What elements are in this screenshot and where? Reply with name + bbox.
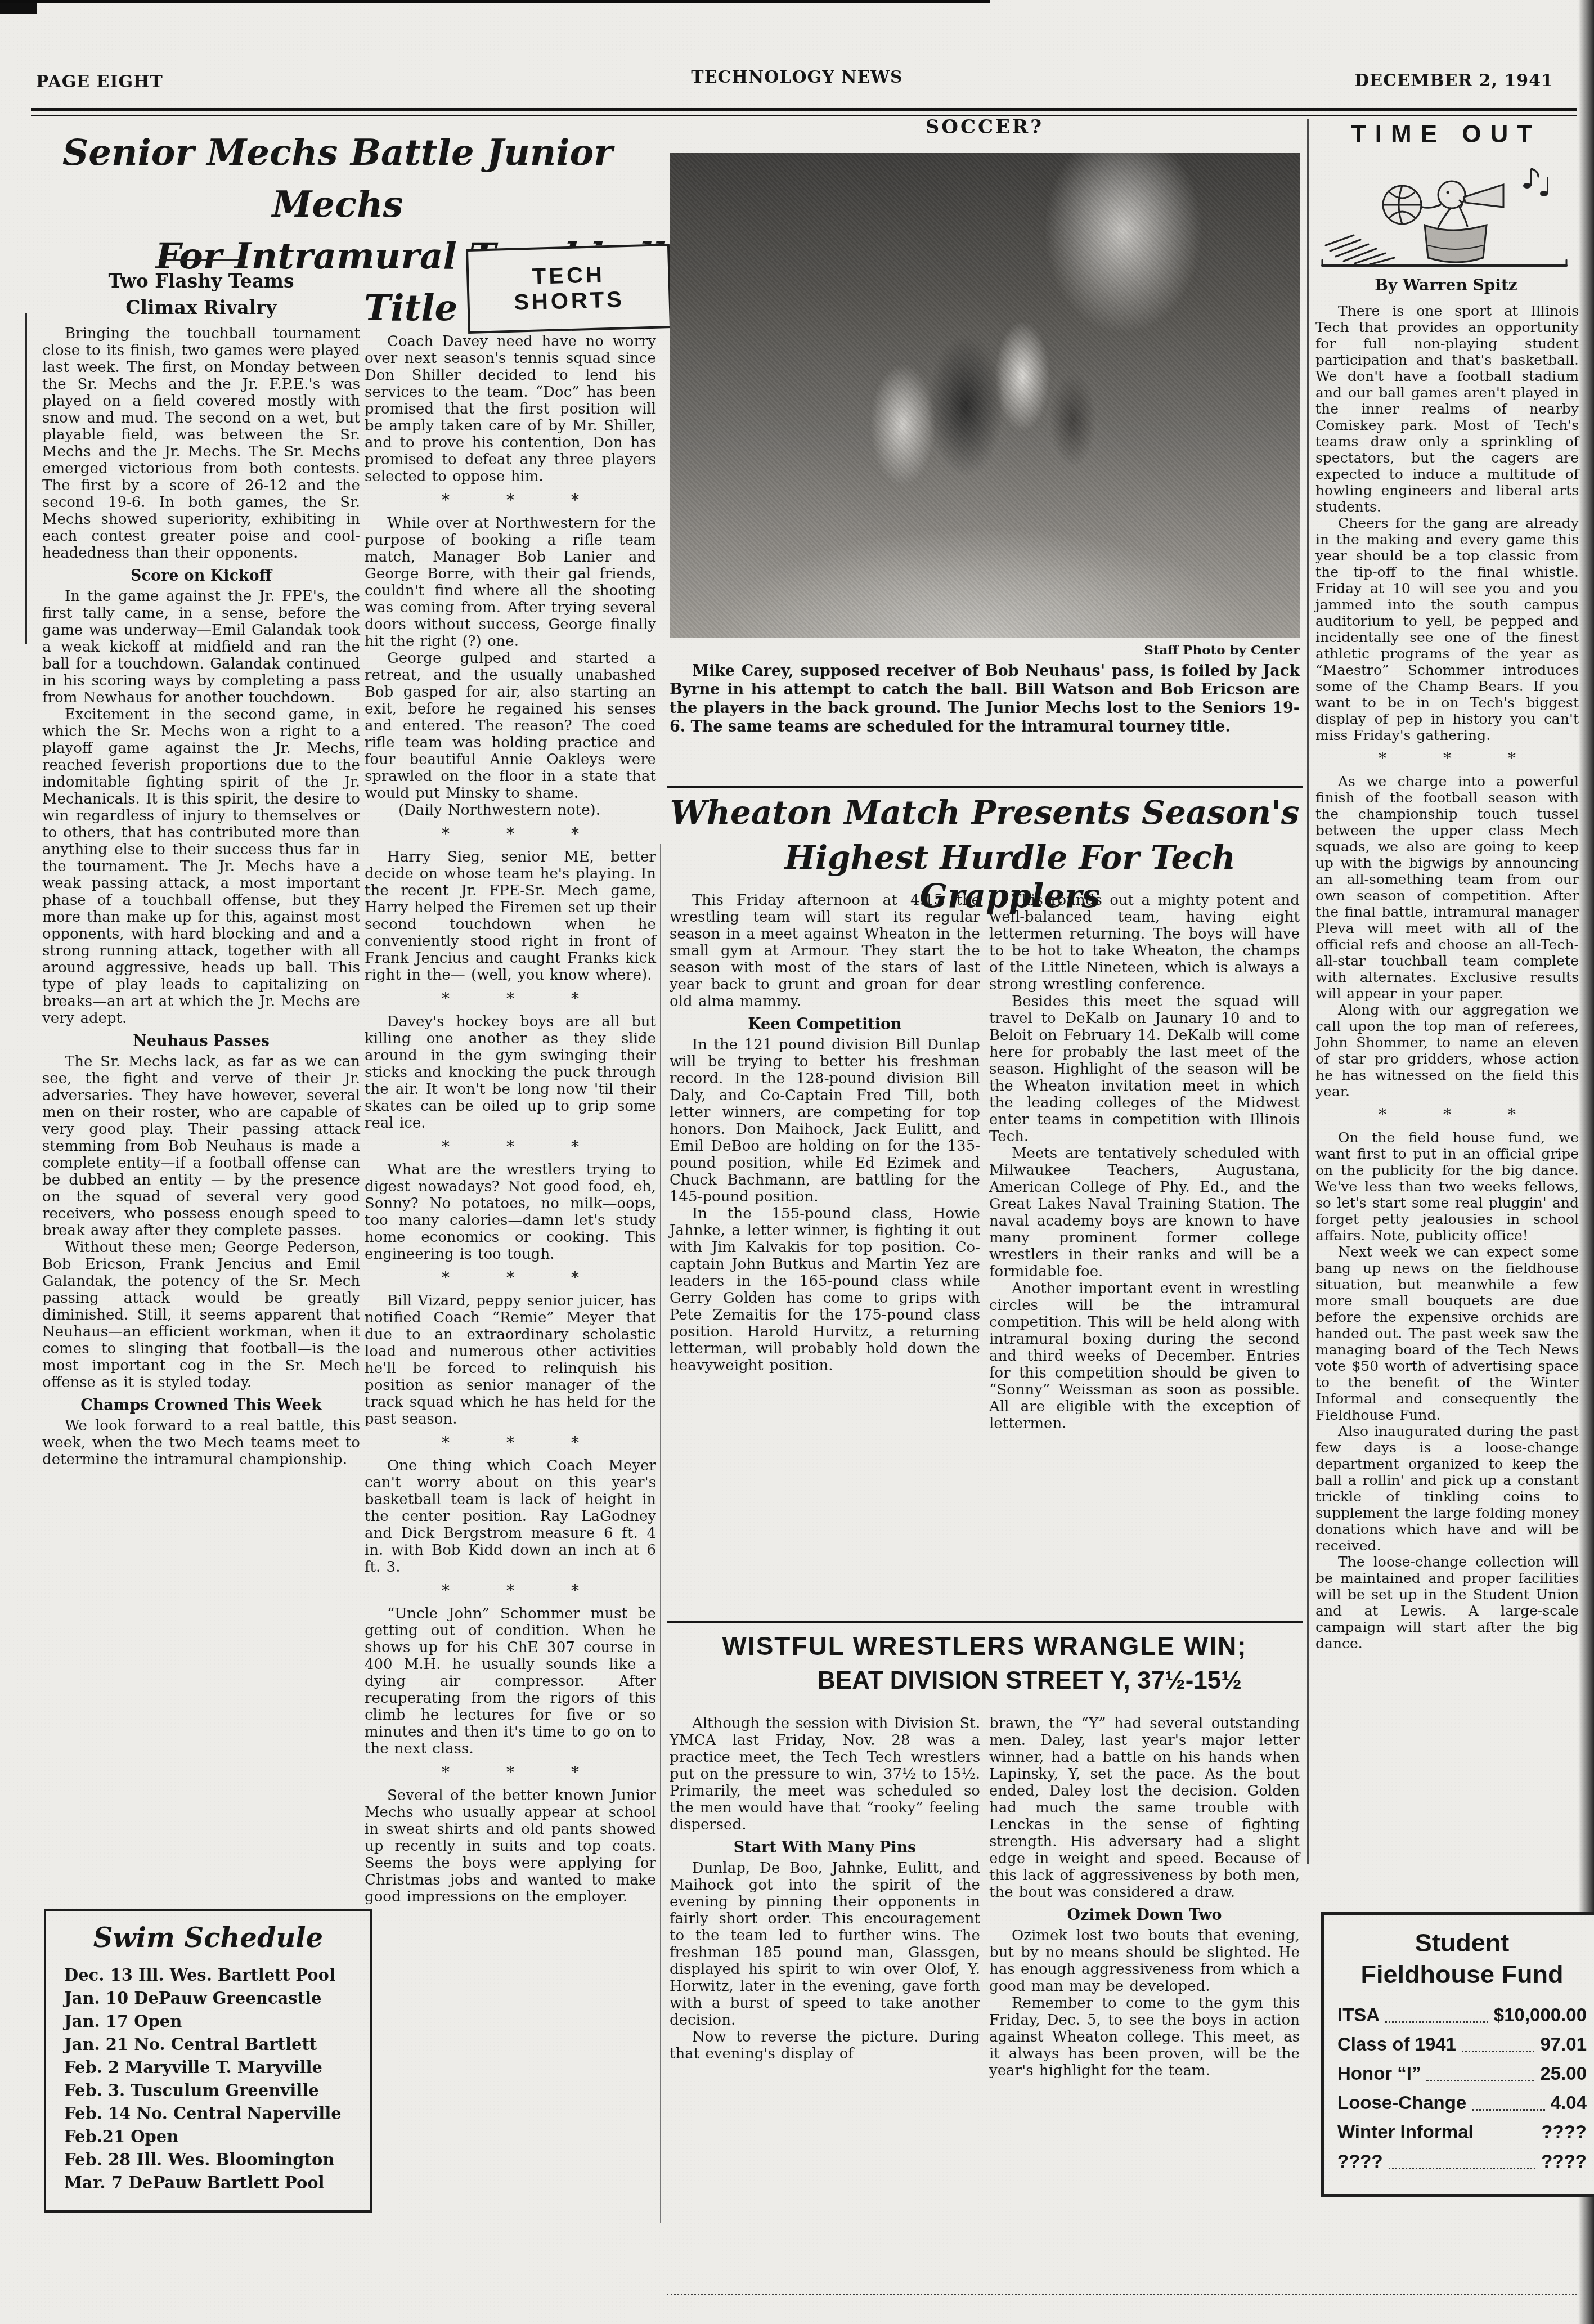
article-paragraph: We look forward to a real battle, this w… — [42, 1417, 360, 1468]
photo-caption: Mike Carey, supposed receiver of Bob Neu… — [670, 662, 1300, 736]
article-subhead: Keen Competition — [670, 1016, 980, 1033]
article-subhead: Score on Kickoff — [42, 567, 360, 585]
fund-row-value: 97.01 — [1540, 2030, 1587, 2059]
article-paragraph: Several of the better known Junior Mechs… — [365, 1787, 656, 1905]
schedule-row: Dec. 13 Ill. Wes. Bartlett Pool — [56, 1964, 360, 1987]
schedule-row: Feb. 14 No. Central Naperville — [56, 2102, 360, 2125]
main-headline-line1: Senior Mechs Battle Junior Mechs — [34, 127, 641, 231]
article-paragraph: George gulped and started a retreat, and… — [365, 650, 656, 802]
swim-schedule-title: Swim Schedule — [56, 1922, 360, 1954]
article-paragraph: Now to reverse the picture. During that … — [670, 2029, 980, 2062]
fund-row-value: ???? — [1541, 2147, 1587, 2176]
deck-line1: Two Flashy Teams — [42, 268, 360, 294]
basketball-icon — [1383, 186, 1421, 224]
fund-row-leader — [1462, 2051, 1534, 2052]
fund-row-label: ITSA — [1337, 2000, 1380, 2030]
article-paragraph: Without these men; George Pederson, Bob … — [42, 1239, 360, 1391]
article-paragraph: Harry Sieg, senior ME, better decide on … — [365, 849, 656, 984]
article-paragraph: The Sr. Mechs lack, as far as we can see… — [42, 1053, 360, 1239]
article-paragraph: In the game against the Jr. FPE's, the f… — [42, 588, 360, 706]
column-divider-rule — [660, 844, 661, 2223]
article-paragraph: “Uncle John” Schommer must be getting ou… — [365, 1605, 656, 1757]
fund-row-label: Winter Informal — [1337, 2117, 1474, 2147]
fund-row-label: Loose-Change — [1337, 2088, 1466, 2117]
time-out-title: TIME OUT — [1314, 120, 1578, 149]
fieldhouse-fund-box: Student Fieldhouse Fund ITSA$10,000.00Cl… — [1321, 1912, 1594, 2197]
stars-divider: * * * — [365, 1268, 656, 1287]
article-paragraph: Besides this meet the squad will travel … — [989, 993, 1300, 1145]
article-paragraph: brawn, the “Y” had several outstanding m… — [989, 1715, 1300, 1901]
tech-shorts-box: TECH SHORTS — [466, 244, 672, 334]
fund-row-label: ???? — [1337, 2147, 1383, 2176]
wheaton-column-left: This Friday afternoon at 4:15 the wrestl… — [670, 892, 980, 1374]
article-paragraph: As we charge into a powerful finish of t… — [1315, 773, 1579, 1002]
fund-row-leader — [1426, 2080, 1534, 2081]
article-paragraph: There is one sport at Illinois Tech that… — [1315, 303, 1579, 515]
wistful-column-left: Although the session with Division St. Y… — [670, 1715, 980, 2062]
article-paragraph: While over at Northwestern for the purpo… — [365, 515, 656, 650]
article-paragraph: Ozimek lost two bouts that evening, but … — [989, 1927, 1300, 1995]
column-divider-rule — [1307, 119, 1309, 1864]
stars-divider: * * * — [1315, 1105, 1579, 1124]
stars-divider: * * * — [365, 491, 656, 509]
drum-icon — [1425, 225, 1487, 262]
wheaton-headline-line1: Wheaton Match Presents Season's — [667, 793, 1303, 832]
fund-row-value: 25.00 — [1540, 2059, 1587, 2088]
article-paragraph: Meets are tentatively scheduled with Mil… — [989, 1145, 1300, 1280]
article-paragraph: Also inaugurated during the past few day… — [1315, 1423, 1579, 1554]
article-paragraph: Cheers for the gang are already in the m… — [1315, 515, 1579, 743]
fund-row: Class of 194197.01 — [1337, 2030, 1587, 2059]
stars-divider: * * * — [1315, 749, 1579, 768]
article-paragraph: The loose-change collection will be main… — [1315, 1554, 1579, 1652]
fund-row-value: 4.04 — [1551, 2088, 1587, 2117]
fund-row-label: Honor “I” — [1337, 2059, 1421, 2088]
fund-row: Honor “I”25.00 — [1337, 2059, 1587, 2088]
deck-headline: Two Flashy Teams Climax Rivalry — [42, 259, 360, 321]
schedule-row: Jan. 10 DePauw Greencastle — [56, 1987, 360, 2010]
article-paragraph: What are the wrestlers trying to digest … — [365, 1161, 656, 1263]
scan-artifact-topline — [0, 0, 990, 3]
schedule-row: Feb. 3. Tusculum Greenville — [56, 2079, 360, 2102]
fund-title-line2: Fieldhouse Fund — [1337, 1959, 1587, 1990]
fund-row-leader — [1385, 2021, 1488, 2023]
article-subhead: Ozimek Down Two — [989, 1906, 1300, 1924]
masthead-rule — [31, 108, 1577, 111]
speed-lines-icon — [1326, 235, 1394, 264]
stars-divider: * * * — [365, 1433, 656, 1452]
time-out-cartoon — [1318, 151, 1571, 269]
article-paragraph: Bill Vizard, peppy senior juicer, has no… — [365, 1293, 656, 1428]
lead-article-column: Bringing the touchball tournament close … — [42, 325, 360, 1468]
article-paragraph: Davey's hockey boys are all but killing … — [365, 1013, 656, 1132]
stars-divider: * * * — [365, 989, 656, 1008]
schedule-row: Feb. 2 Maryville T. Maryville — [56, 2056, 360, 2079]
article-paragraph: In the 155-pound class, Howie Jahnke, a … — [670, 1205, 980, 1374]
fund-row: ???????? — [1337, 2147, 1587, 2176]
stars-divider: * * * — [365, 1581, 656, 1600]
schedule-row: Feb.21 Open — [56, 2125, 360, 2148]
byline: By Warren Spitz — [1314, 276, 1578, 294]
article-paragraph: (Daily Northwestern note). — [365, 802, 656, 819]
article-paragraph: Bringing the touchball tournament close … — [42, 325, 360, 562]
music-notes-icon — [1523, 169, 1548, 196]
section-rule — [667, 786, 1303, 788]
article-subhead: Neuhaus Passes — [42, 1033, 360, 1050]
section-rule — [667, 1621, 1303, 1623]
bottom-dotted-rule — [667, 2294, 1577, 2295]
stars-divider: * * * — [365, 824, 656, 843]
deck-line2: Climax Rivalry — [42, 294, 360, 321]
photo-credit: Staff Photo by Center — [670, 643, 1300, 658]
issue-date: DECEMBER 2, 1941 — [1354, 71, 1553, 91]
article-subhead: Start With Many Pins — [670, 1839, 980, 1856]
article-paragraph: Although the session with Division St. Y… — [670, 1715, 980, 1833]
fund-row: Loose-Change4.04 — [1337, 2088, 1587, 2117]
article-paragraph: On the field house fund, we want first t… — [1315, 1129, 1579, 1244]
article-paragraph: Remember to come to the gym this Friday,… — [989, 1995, 1300, 2079]
fund-row: ITSA$10,000.00 — [1337, 2000, 1587, 2030]
wistful-headline-line1: WISTFUL WRESTLERS WRANGLE WIN; — [667, 1631, 1303, 1661]
schedule-row: Jan. 17 Open — [56, 2010, 360, 2033]
fund-row-value: ???? — [1541, 2117, 1587, 2147]
player-figure-icon — [1422, 181, 1467, 227]
scan-artifact-left-line — [25, 313, 27, 644]
tech-shorts-title: TECH SHORTS — [514, 262, 625, 315]
article-paragraph: This Friday afternoon at 4:15 the wrestl… — [670, 892, 980, 1010]
fund-title-line1: Student — [1337, 1927, 1587, 1959]
fund-row-leader — [1389, 2168, 1536, 2169]
fund-row: Winter Informal???? — [1337, 2117, 1587, 2147]
swim-schedule-box: Swim Schedule Dec. 13 Ill. Wes. Bartlett… — [44, 1909, 372, 2213]
wistful-headline-line2: BEAT DIVISION STREET Y, 37½-15½ — [712, 1667, 1348, 1695]
fund-row-value: $10,000.00 — [1494, 2000, 1587, 2030]
article-paragraph: Along with our aggregation we call upon … — [1315, 1002, 1579, 1100]
wistful-column-right: brawn, the “Y” had several outstanding m… — [989, 1715, 1300, 2079]
wheaton-column-right: This rounds out a mighty potent and well… — [989, 892, 1300, 1432]
tech-shorts-column: Coach Davey need have no worry over next… — [365, 333, 656, 1905]
article-subhead: Champs Crowned This Week — [42, 1397, 360, 1414]
soccer-photo — [670, 153, 1300, 638]
time-out-column: There is one sport at Illinois Tech that… — [1315, 303, 1579, 1652]
newspaper-page: PAGE EIGHT TECHNOLOGY NEWS DECEMBER 2, 1… — [0, 0, 1594, 2324]
article-paragraph: Coach Davey need have no worry over next… — [365, 333, 656, 485]
fund-rows: ITSA$10,000.00Class of 194197.01Honor “I… — [1337, 2000, 1587, 2176]
schedule-row: Jan. 21 No. Central Bartlett — [56, 2033, 360, 2056]
article-paragraph: In the 121 pound division Bill Dunlap wi… — [670, 1037, 980, 1205]
article-paragraph: Dunlap, De Boo, Jahnke, Eulitt, and Maih… — [670, 1860, 980, 2029]
schedule-row: Mar. 7 DePauw Bartlett Pool — [56, 2172, 360, 2195]
swim-schedule-rows: Dec. 13 Ill. Wes. Bartlett PoolJan. 10 D… — [56, 1964, 360, 2195]
article-paragraph: This rounds out a mighty potent and well… — [989, 892, 1300, 993]
schedule-row: Feb. 28 Ill. Wes. Bloomington — [56, 2148, 360, 2172]
photo-headline: SOCCER? — [667, 116, 1303, 138]
fund-row-label: Class of 1941 — [1337, 2030, 1456, 2059]
fund-row-leader — [1472, 2109, 1545, 2111]
article-paragraph: Another important event in wrestling cir… — [989, 1280, 1300, 1432]
horn-icon — [1464, 185, 1503, 207]
stars-divider: * * * — [365, 1137, 656, 1156]
article-paragraph: Excitement in the second game, in which … — [42, 706, 360, 1027]
article-paragraph: One thing which Coach Meyer can't worry … — [365, 1457, 656, 1576]
deck-rule — [159, 259, 244, 261]
article-paragraph: Next week we can expect some bang up new… — [1315, 1244, 1579, 1423]
stars-divider: * * * — [365, 1763, 656, 1782]
